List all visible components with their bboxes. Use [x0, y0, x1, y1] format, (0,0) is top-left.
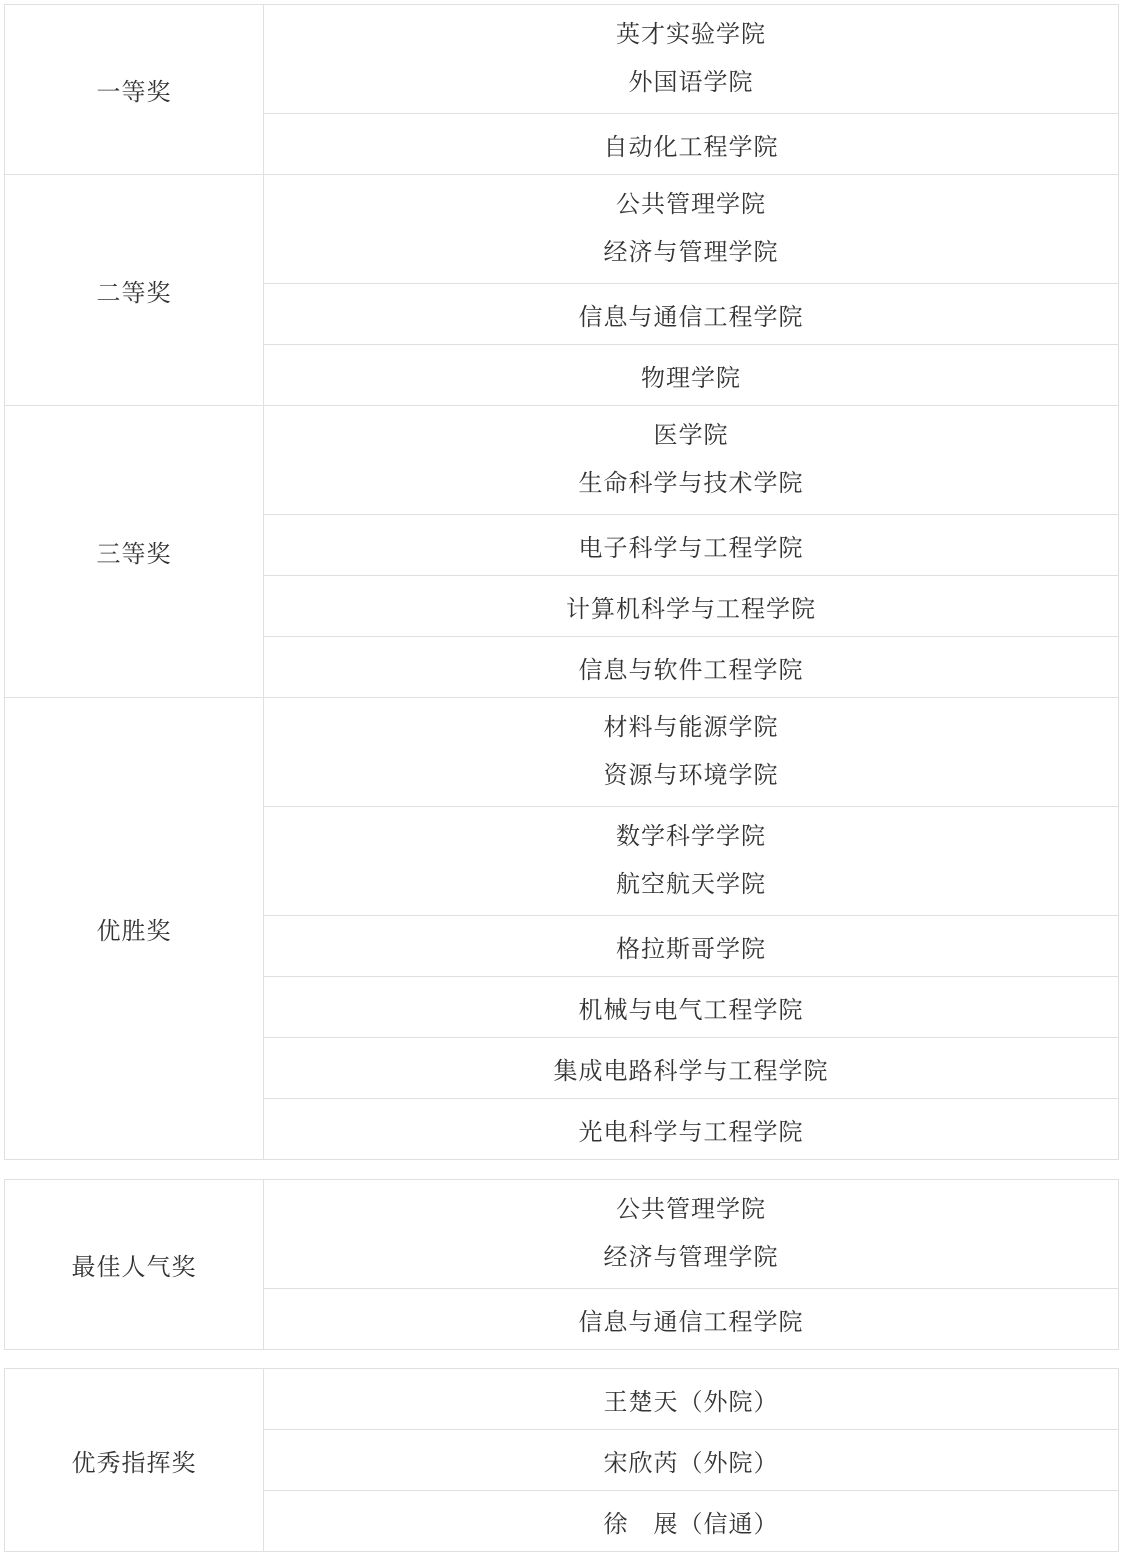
college-cell: 物理学院 [264, 345, 1119, 406]
award-label: 优胜奖 [5, 698, 264, 1160]
college-name: 信息与软件工程学院 [579, 657, 804, 684]
winner-cell: 宋欣芮（外院） [264, 1430, 1119, 1491]
award-label: 最佳人气奖 [5, 1180, 264, 1350]
college-name: 资源与环境学院 [264, 752, 1118, 800]
college-cell: 数学科学学院 航空航天学院 [264, 807, 1119, 916]
college-name: 光电科学与工程学院 [579, 1119, 804, 1146]
college-cell: 医学院 生命科学与技术学院 [264, 406, 1119, 515]
college-name: 计算机科学与工程学院 [566, 596, 816, 623]
college-name: 英才实验学院 [264, 11, 1118, 59]
table-row: 一等奖 英才实验学院 外国语学院 [5, 5, 1119, 114]
college-cell: 信息与通信工程学院 [264, 284, 1119, 345]
college-cell: 计算机科学与工程学院 [264, 576, 1119, 637]
winner-name: 徐 展（信通） [604, 1511, 779, 1538]
award-label: 优秀指挥奖 [5, 1369, 264, 1552]
college-name: 外国语学院 [264, 59, 1118, 107]
college-cell: 材料与能源学院 资源与环境学院 [264, 698, 1119, 807]
college-name: 信息与通信工程学院 [579, 1309, 804, 1336]
table-row: 优胜奖 材料与能源学院 资源与环境学院 [5, 698, 1119, 807]
college-cell: 电子科学与工程学院 [264, 515, 1119, 576]
table-row: 优秀指挥奖 王楚天（外院） [5, 1369, 1119, 1430]
college-cell: 自动化工程学院 [264, 114, 1119, 175]
college-cell: 英才实验学院 外国语学院 [264, 5, 1119, 114]
winner-name: 王楚天（外院） [604, 1389, 779, 1416]
page: 一等奖 英才实验学院 外国语学院 自动化工程学院 二等奖 公共管理学院 经济与管… [0, 4, 1122, 1552]
college-name: 物理学院 [641, 365, 741, 392]
winner-cell: 徐 展（信通） [264, 1491, 1119, 1552]
college-cell: 信息与通信工程学院 [264, 1289, 1119, 1350]
college-name: 材料与能源学院 [264, 704, 1118, 752]
popularity-table: 最佳人气奖 公共管理学院 经济与管理学院 信息与通信工程学院 [4, 1179, 1119, 1350]
award-label: 一等奖 [5, 5, 264, 175]
college-name: 公共管理学院 [264, 181, 1118, 229]
college-cell: 机械与电气工程学院 [264, 977, 1119, 1038]
award-label: 二等奖 [5, 175, 264, 406]
winner-name: 宋欣芮（外院） [604, 1450, 779, 1477]
college-name: 公共管理学院 [264, 1186, 1118, 1234]
college-cell: 公共管理学院 经济与管理学院 [264, 175, 1119, 284]
college-cell: 格拉斯哥学院 [264, 916, 1119, 977]
college-name: 航空航天学院 [264, 861, 1118, 909]
college-name: 电子科学与工程学院 [579, 535, 804, 562]
college-name: 医学院 [264, 412, 1118, 460]
college-cell: 集成电路科学与工程学院 [264, 1038, 1119, 1099]
winner-cell: 王楚天（外院） [264, 1369, 1119, 1430]
table-row: 最佳人气奖 公共管理学院 经济与管理学院 [5, 1180, 1119, 1289]
college-cell: 公共管理学院 经济与管理学院 [264, 1180, 1119, 1289]
college-name: 集成电路科学与工程学院 [554, 1058, 829, 1085]
college-name: 生命科学与技术学院 [264, 460, 1118, 508]
college-name: 格拉斯哥学院 [616, 936, 766, 963]
college-name: 机械与电气工程学院 [579, 997, 804, 1024]
conductor-table: 优秀指挥奖 王楚天（外院） 宋欣芮（外院） 徐 展（信通） [4, 1368, 1119, 1552]
college-cell: 光电科学与工程学院 [264, 1099, 1119, 1160]
award-label: 三等奖 [5, 406, 264, 698]
college-name: 数学科学学院 [264, 813, 1118, 861]
college-cell: 信息与软件工程学院 [264, 637, 1119, 698]
table-row: 二等奖 公共管理学院 经济与管理学院 [5, 175, 1119, 284]
college-name: 自动化工程学院 [604, 134, 779, 161]
college-name: 信息与通信工程学院 [579, 304, 804, 331]
college-name: 经济与管理学院 [264, 229, 1118, 277]
awards-table: 一等奖 英才实验学院 外国语学院 自动化工程学院 二等奖 公共管理学院 经济与管… [4, 4, 1119, 1160]
college-name: 经济与管理学院 [264, 1234, 1118, 1282]
table-row: 三等奖 医学院 生命科学与技术学院 [5, 406, 1119, 515]
